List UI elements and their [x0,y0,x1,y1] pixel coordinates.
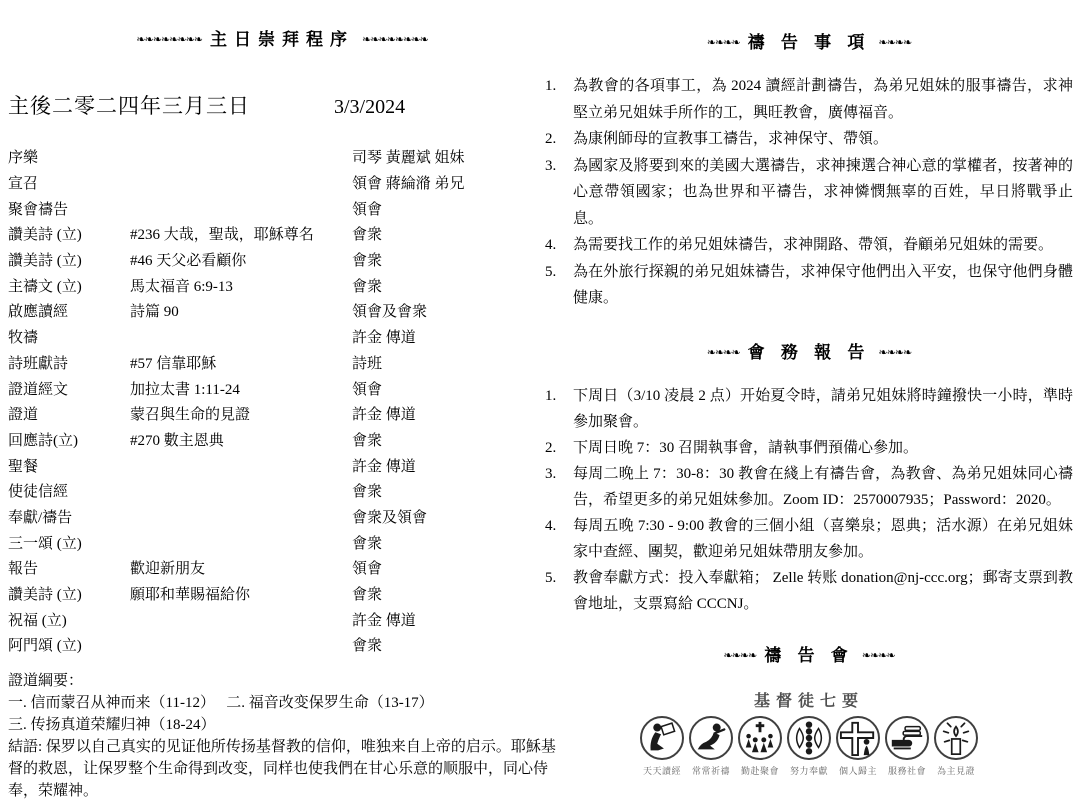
essential-label: 常常祈禱 [688,764,735,777]
program-item-label: 主禱文 (立) [8,275,130,296]
sermon-outline: 證道綱要： 一. 信而蒙召从神而来（11-12） 二. 福音改变保罗生命（13-… [8,670,556,802]
prayer-item-text: 為國家及將要到來的美國大選禱告，求神揀選合神心意的掌權者，按著神的心意帶領國家；… [573,153,1073,233]
program-row: 報告 歡迎新朋友 領會 [8,555,556,581]
program-item-who: 會衆及領會 [352,506,556,527]
essential-reading: 天天讀經 [639,716,686,777]
program-item-label: 祝福 (立) [8,609,130,630]
sermon-outline-line: 三. 传扬真道荣耀归神（18-24） [8,714,556,736]
page-title: 主日崇拜程序 [210,30,354,49]
report-item: 5. 教會奉獻方式：投入奉獻箱； Zelle 转账 donation@nj-cc… [545,565,1073,617]
program-item-label: 讚美詩 (立) [8,223,130,244]
swirl-ornament-icon: ❧❧❧❧ [707,346,740,359]
prayer-item-text: 為康俐師母的宣教事工禱告，求神保守、帶領。 [573,126,1073,153]
program-item-detail: #270 數主恩典 [130,429,352,450]
program-item-who: 會衆 [352,583,556,604]
report-item-number: 2. [545,435,573,461]
program-row: 回應詩(立) #270 數主恩典 會衆 [8,427,556,453]
program-item-who: 司琴 黃麗斌 姐妹 [352,146,556,167]
essential-label: 努力奉獻 [786,764,833,777]
essential-label: 為主見證 [933,764,980,777]
swirl-ornament-icon: ❧❧❧❧ [878,346,911,359]
prayer-item: 1. 為教會的各項事工，為 2024 讀經計劃禱告，為弟兄姐妹的服事禱告，求神堅… [545,73,1073,126]
program-item-who: 會衆 [352,249,556,270]
program-row: 主禱文 (立) 馬太福音 6:9-13 會衆 [8,272,556,298]
program-item-who: 許金 傳道 [352,455,556,476]
report-item-number: 1. [545,383,573,435]
program-item-label: 證道 [8,403,130,424]
program-item-label: 讚美詩 (立) [8,249,130,270]
program-row: 讚美詩 (立) #236 大哉，聖哉，耶穌尊名 會衆 [8,221,556,247]
program-item-detail: 歡迎新朋友 [130,557,352,578]
program-item-label: 牧禱 [8,326,130,347]
program-row: 啟應讀經 詩篇 90 領會及會衆 [8,298,556,324]
program-item-label: 序樂 [8,146,130,167]
prayer-item-text: 為教會的各項事工，為 2024 讀經計劃禱告，為弟兄姐妹的服事禱告，求神堅立弟兄… [573,73,1073,126]
seven-essentials-title: 基督徒七要 [545,688,1073,711]
swirl-ornament-icon: ❧❧❧❧ [862,649,895,662]
program-row: 三一頌 (立) 會衆 [8,529,556,555]
program-item-detail: #57 信靠耶穌 [130,352,352,373]
essential-label: 勤赴聚會 [737,764,784,777]
swirl-ornament-icon: ❧❧❧❧❧❧❧❧ [362,33,428,46]
program-item-who: 領會及會衆 [352,300,556,321]
worship-program-title: ❧❧❧❧❧❧❧❧主日崇拜程序❧❧❧❧❧❧❧❧ [8,25,556,50]
program-row: 使徒信經 會衆 [8,478,556,504]
program-item-who: 領會 蔣綸潃 弟兄 [352,172,556,193]
swirl-ornament-icon: ❧❧❧❧ [878,36,911,49]
prayer-item-number: 3. [545,153,573,233]
essential-witness: 為主見證 [933,716,980,777]
program-item-label: 三一頌 (立) [8,532,130,553]
report-item-number: 3. [545,461,573,513]
sermon-outline-lines: 一. 信而蒙召从神而来（11-12） 二. 福音改变保罗生命（13-17） 三.… [8,692,556,802]
prayer-item-text: 為在外旅行探親的弟兄姐妹禱告，求神保守他們出入平安，也保守他們身體健康。 [573,259,1073,312]
evangelism-icon [836,716,880,760]
program-row: 證道 蒙召與生命的見證 許金 傳道 [8,401,556,427]
program-item-who: 領會 [352,198,556,219]
report-item-text: 每周二晚上 7：30-8：30 教會在綫上有禱告會，為教會、為弟兄姐妹同心禱告，… [573,461,1073,513]
serving-icon [885,716,929,760]
essential-gathering: 勤赴聚會 [737,716,784,777]
essential-label: 個人歸主 [835,764,882,777]
essential-evangelism: 個人歸主 [835,716,882,777]
program-row: 讚美詩 (立) 願耶和華賜福給你 會衆 [8,581,556,607]
program-item-who: 詩班 [352,352,556,373]
gathering-icon [738,716,782,760]
prayer-item-number: 2. [545,126,573,153]
program-item-who: 領會 [352,378,556,399]
program-item-detail: #236 大哉，聖哉，耶穌尊名 [130,223,352,244]
program-item-who: 會衆 [352,429,556,450]
swirl-ornament-icon: ❧❧❧❧❧❧❧❧ [136,33,202,46]
prayer-items-list: 1. 為教會的各項事工，為 2024 讀經計劃禱告，為弟兄姐妹的服事禱告，求神堅… [545,73,1073,312]
program-row: 聚會禱告 領會 [8,195,556,221]
program-item-label: 奉獻/禱告 [8,506,130,527]
swirl-ornament-icon: ❧❧❧❧ [723,649,756,662]
prayer-items-header: ❧❧❧❧禱 告 事 項❧❧❧❧ [545,28,1073,53]
program-item-who: 許金 傳道 [352,403,556,424]
program-item-who: 領會 [352,557,556,578]
program-item-label: 啟應讀經 [8,300,130,321]
report-item-number: 4. [545,513,573,565]
program-item-detail: 蒙召與生命的見證 [130,403,352,424]
program-row: 牧禱 許金 傳道 [8,324,556,350]
essential-praying: 常常祈禱 [688,716,735,777]
program-item-who: 會衆 [352,532,556,553]
sermon-outline-line: 結語: 保罗以自己真实的见证他所传扬基督教的信仰，唯独来自上帝的启示。耶穌基督的… [8,736,556,802]
offering-icon [787,716,831,760]
prayer-items-title: 禱 告 事 項 [748,33,871,52]
seven-essentials-icons: 天天讀經 常常祈禱 [545,716,1073,777]
program-item-label: 報告 [8,557,130,578]
church-report-title: 會 務 報 告 [748,343,871,362]
service-date-chinese: 主後二零二四年三月三日 [8,90,250,120]
prayer-item-text: 為需要找工作的弟兄姐妹禱告，求神開路、帶領，眷顧弟兄姐妹的需要。 [573,232,1073,259]
program-item-who: 許金 傳道 [352,326,556,347]
service-date-numeric: 3/3/2024 [334,96,405,119]
reading-icon [640,716,684,760]
program-item-detail: 加拉太書 1:11-24 [130,378,352,399]
program-item-who: 會衆 [352,223,556,244]
program-item-who: 會衆 [352,634,556,655]
program-row: 讚美詩 (立) #46 天父必看顧你 會衆 [8,247,556,273]
prayer-item-number: 1. [545,73,573,126]
seven-essentials-block: 基督徒七要 天天讀經 [545,688,1073,777]
program-row: 宣召 領會 蔣綸潃 弟兄 [8,170,556,196]
prayer-meeting-title: 禱 告 會 [764,646,854,665]
program-item-detail: #46 天父必看顧你 [130,249,352,270]
program-item-label: 使徒信經 [8,480,130,501]
essential-serving: 服務社會 [884,716,931,777]
order-of-worship-list: 序樂 司琴 黃麗斌 姐妹 宣召 領會 蔣綸潃 弟兄 聚會禱告 領會 [8,144,556,658]
report-item-text: 每周五晚 7:30 - 9:00 教會的三個小組（喜樂泉；恩典；活水源）在弟兄姐… [573,513,1073,565]
program-row: 證道經文 加拉太書 1:11-24 領會 [8,375,556,401]
program-item-detail: 願耶和華賜福給你 [130,583,352,604]
program-item-detail: 馬太福音 6:9-13 [130,275,352,296]
church-report-list: 1. 下周日（3/10 凌晨 2 点）开始夏令時，請弟兄姐妹將時鐘撥快一小時，準… [545,383,1073,617]
prayer-item: 4. 為需要找工作的弟兄姐妹禱告，求神開路、帶領，眷顧弟兄姐妹的需要。 [545,232,1073,259]
church-report-header: ❧❧❧❧會 務 報 告❧❧❧❧ [545,338,1073,363]
report-item-text: 教會奉獻方式：投入奉獻箱； Zelle 转账 donation@nj-ccc.o… [573,565,1073,617]
program-item-label: 讚美詩 (立) [8,583,130,604]
program-item-label: 阿門頌 (立) [8,634,130,655]
sermon-outline-line: 一. 信而蒙召从神而来（11-12） 二. 福音改变保罗生命（13-17） [8,692,556,714]
prayer-item-number: 4. [545,232,573,259]
program-row: 阿門頌 (立) 會衆 [8,632,556,658]
prayer-item-number: 5. [545,259,573,312]
program-item-label: 證道經文 [8,378,130,399]
program-row: 詩班獻詩 #57 信靠耶穌 詩班 [8,350,556,376]
swirl-ornament-icon: ❧❧❧❧ [707,36,740,49]
prayer-item: 3. 為國家及將要到來的美國大選禱告，求神揀選合神心意的掌權者，按著神的心意帶領… [545,153,1073,233]
essential-offering: 努力奉獻 [786,716,833,777]
sermon-outline-heading: 證道綱要： [8,670,556,692]
program-row: 序樂 司琴 黃麗斌 姐妹 [8,144,556,170]
program-item-label: 聖餐 [8,455,130,476]
program-item-who: 會衆 [352,275,556,296]
essential-label: 服務社會 [884,764,931,777]
report-item: 4. 每周五晚 7:30 - 9:00 教會的三個小組（喜樂泉；恩典；活水源）在… [545,513,1073,565]
prayer-item: 2. 為康俐師母的宣教事工禱告，求神保守、帶領。 [545,126,1073,153]
report-item-number: 5. [545,565,573,617]
prayer-meeting-header: ❧❧❧❧禱 告 會❧❧❧❧ [545,641,1073,666]
program-row: 奉獻/禱告 會衆及領會 [8,504,556,530]
program-item-who: 會衆 [352,480,556,501]
program-item-detail: 詩篇 90 [130,300,352,321]
program-item-label: 回應詩(立) [8,429,130,450]
announcements-column: ❧❧❧❧禱 告 事 項❧❧❧❧ 1. 為教會的各項事工，為 2024 讀經計劃禱… [545,0,1073,777]
program-item-label: 詩班獻詩 [8,352,130,373]
program-item-label: 聚會禱告 [8,198,130,219]
report-item: 3. 每周二晚上 7：30-8：30 教會在綫上有禱告會，為教會、為弟兄姐妹同心… [545,461,1073,513]
prayer-item: 5. 為在外旅行探親的弟兄姐妹禱告，求神保守他們出入平安，也保守他們身體健康。 [545,259,1073,312]
bulletin-page: ❧❧❧❧❧❧❧❧主日崇拜程序❧❧❧❧❧❧❧❧ 主後二零二四年三月三日 3/3/2… [0,0,1078,802]
report-item: 1. 下周日（3/10 凌晨 2 点）开始夏令時，請弟兄姐妹將時鐘撥快一小時，準… [545,383,1073,435]
report-item-text: 下周日（3/10 凌晨 2 点）开始夏令時，請弟兄姐妹將時鐘撥快一小時，準時參加… [573,383,1073,435]
essential-label: 天天讀經 [639,764,686,777]
witness-icon [934,716,978,760]
program-item-label: 宣召 [8,172,130,193]
report-item: 2. 下周日晚 7：30 召開執事會，請執事們預備心參加。 [545,435,1073,461]
program-row: 祝福 (立) 許金 傳道 [8,606,556,632]
program-row: 聖餐 許金 傳道 [8,452,556,478]
praying-icon [689,716,733,760]
worship-program-column: ❧❧❧❧❧❧❧❧主日崇拜程序❧❧❧❧❧❧❧❧ 主後二零二四年三月三日 3/3/2… [8,0,556,802]
report-item-text: 下周日晚 7：30 召開執事會，請執事們預備心參加。 [573,435,1073,461]
program-item-who: 許金 傳道 [352,609,556,630]
service-date-row: 主後二零二四年三月三日 3/3/2024 [8,90,556,120]
